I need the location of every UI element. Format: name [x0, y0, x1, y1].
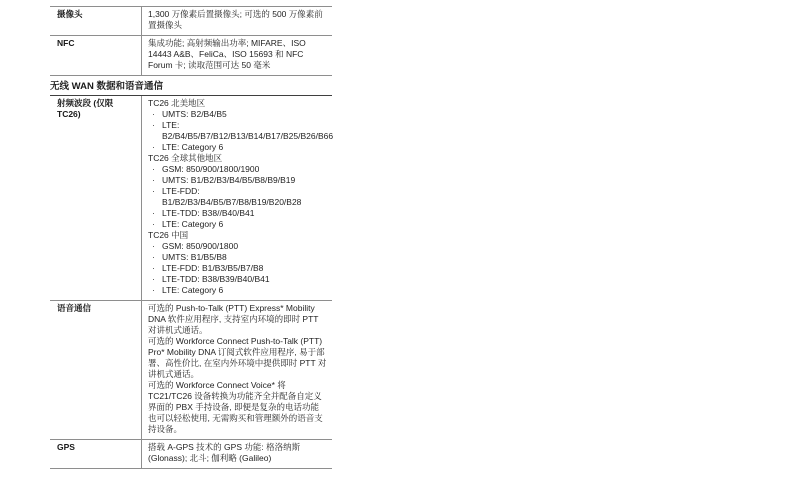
spec-row-value: 1,300 万像素后置摄像头; 可选的 500 万像素前置摄像头 [142, 7, 332, 35]
bullet-line: ·GSM: 850/900/1800/1900 [148, 164, 333, 175]
bullet-line: ·LTE-FDD: B1/B3/B5/B7/B8 [148, 263, 333, 274]
datasheet-spec-section: 摄像头1,300 万像素后置摄像头; 可选的 500 万像素前置摄像头NFC集成… [50, 6, 332, 469]
spec-table-wireless-wan: 射频波段 (仅限 TC26)TC26 北美地区·UMTS: B2/B4/B5·L… [50, 95, 332, 469]
bullet-icon: · [152, 252, 162, 263]
spec-row-label: NFC [50, 36, 142, 75]
bullet-text: UMTS: B1/B2/B3/B4/B5/B8/B9/B19 [162, 175, 333, 186]
bullet-line: ·UMTS: B1/B5/B8 [148, 252, 333, 263]
spec-row-label: 射频波段 (仅限 TC26) [50, 96, 142, 300]
bullet-line: ·LTE: Category 6 [148, 285, 333, 296]
spec-row: 射频波段 (仅限 TC26)TC26 北美地区·UMTS: B2/B4/B5·L… [50, 96, 332, 301]
bullet-icon: · [152, 241, 162, 252]
bullet-text: GSM: 850/900/1800/1900 [162, 164, 333, 175]
bullet-line: ·LTE: B2/B4/B5/B7/B12/B13/B14/B17/B25/B2… [148, 120, 333, 142]
spec-row-value: 搭载 A-GPS 技术的 GPS 功能: 格洛纳斯 (Glonass); 北斗;… [142, 440, 332, 468]
value-paragraph: 可选的 Workforce Connect Voice* 将 TC21/TC26… [148, 380, 327, 435]
spec-row-label: 摄像头 [50, 7, 142, 35]
spec-row-value: TC26 北美地区·UMTS: B2/B4/B5·LTE: B2/B4/B5/B… [142, 96, 338, 300]
bullet-line: ·UMTS: B1/B2/B3/B4/B5/B8/B9/B19 [148, 175, 333, 186]
bullet-text: LTE-TDD: B38//B40/B41 [162, 208, 333, 219]
bullet-icon: · [152, 164, 162, 175]
bullet-text: UMTS: B2/B4/B5 [162, 109, 333, 120]
spec-row-value: 可选的 Push-to-Talk (PTT) Express* Mobility… [142, 301, 332, 439]
bullet-line: ·LTE: Category 6 [148, 219, 333, 230]
spec-row-label: 语音通信 [50, 301, 142, 439]
value-paragraph: 搭载 A-GPS 技术的 GPS 功能: 格洛纳斯 (Glonass); 北斗;… [148, 442, 327, 464]
bullet-icon: · [152, 274, 162, 285]
spec-row-label: GPS [50, 440, 142, 468]
bullet-text: LTE: Category 6 [162, 142, 333, 153]
bullet-icon: · [152, 285, 162, 296]
bullet-icon: · [152, 175, 162, 186]
bullet-text: GSM: 850/900/1800 [162, 241, 333, 252]
bullet-text: LTE: B2/B4/B5/B7/B12/B13/B14/B17/B25/B26… [162, 120, 333, 142]
bullet-icon: · [152, 120, 162, 142]
bullet-icon: · [152, 208, 162, 219]
bullet-text: LTE: Category 6 [162, 285, 333, 296]
bullet-text: LTE-FDD: B1/B3/B5/B7/B8 [162, 263, 333, 274]
bullet-line: ·LTE-TDD: B38//B40/B41 [148, 208, 333, 219]
bullet-icon: · [152, 142, 162, 153]
bullet-icon: · [152, 109, 162, 120]
value-paragraph: 1,300 万像素后置摄像头; 可选的 500 万像素前置摄像头 [148, 9, 327, 31]
bullet-icon: · [152, 263, 162, 274]
value-paragraph: 可选的 Push-to-Talk (PTT) Express* Mobility… [148, 303, 327, 336]
bullet-icon: · [152, 219, 162, 230]
bullet-line: ·UMTS: B2/B4/B5 [148, 109, 333, 120]
spec-row: 摄像头1,300 万像素后置摄像头; 可选的 500 万像素前置摄像头 [50, 7, 332, 36]
group-heading: TC26 全球其他地区 [148, 153, 333, 164]
bullet-line: ·LTE-FDD: B1/B2/B3/B4/B5/B7/B8/B19/B20/B… [148, 186, 333, 208]
spec-row-value: 集成功能; 高射频输出功率; MIFARE、ISO 14443 A&B、Feli… [142, 36, 332, 75]
spec-row: NFC集成功能; 高射频输出功率; MIFARE、ISO 14443 A&B、F… [50, 36, 332, 76]
spec-row: GPS搭载 A-GPS 技术的 GPS 功能: 格洛纳斯 (Glonass); … [50, 440, 332, 469]
value-paragraph: 集成功能; 高射频输出功率; MIFARE、ISO 14443 A&B、Feli… [148, 38, 327, 71]
bullet-line: ·GSM: 850/900/1800 [148, 241, 333, 252]
value-paragraph: 可选的 Workforce Connect Push-to-Talk (PTT)… [148, 336, 327, 380]
bullet-icon: · [152, 186, 162, 208]
spec-table-top: 摄像头1,300 万像素后置摄像头; 可选的 500 万像素前置摄像头NFC集成… [50, 6, 332, 76]
bullet-text: LTE: Category 6 [162, 219, 333, 230]
bullet-line: ·LTE: Category 6 [148, 142, 333, 153]
bullet-text: LTE-TDD: B38/B39/B40/B41 [162, 274, 333, 285]
bullet-line: ·LTE-TDD: B38/B39/B40/B41 [148, 274, 333, 285]
section-header-wireless-wan: 无线 WAN 数据和语音通信 [50, 80, 332, 93]
bullet-text: LTE-FDD: B1/B2/B3/B4/B5/B7/B8/B19/B20/B2… [162, 186, 333, 208]
bullet-text: UMTS: B1/B5/B8 [162, 252, 333, 263]
group-heading: TC26 中国 [148, 230, 333, 241]
spec-row: 语音通信可选的 Push-to-Talk (PTT) Express* Mobi… [50, 301, 332, 440]
group-heading: TC26 北美地区 [148, 98, 333, 109]
